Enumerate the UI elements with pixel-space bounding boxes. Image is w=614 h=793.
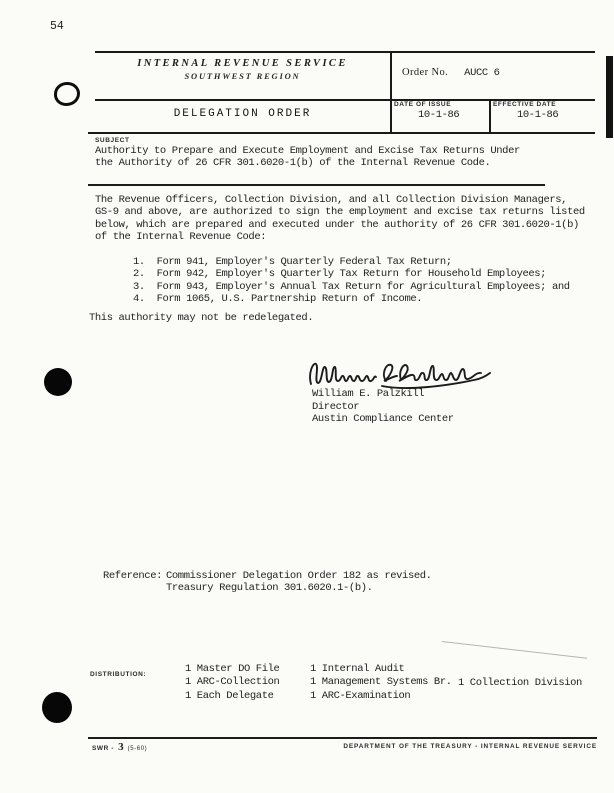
agency-name: INTERNAL REVENUE SERVICE — [95, 58, 390, 69]
date-of-issue-label: DATE OF ISSUE — [394, 101, 451, 108]
stray-pen-mark-artifact — [442, 641, 587, 659]
reference-line: Commissioner Delegation Order 182 as rev… — [166, 570, 432, 582]
body-paragraph: The Revenue Officers, Collection Divisio… — [95, 194, 585, 244]
form-revision: (5-60) — [128, 746, 148, 752]
forms-list: 1. Form 941, Employer's Quarterly Federa… — [133, 256, 570, 306]
footer-rule — [88, 737, 597, 739]
scan-edge-artifact — [606, 56, 613, 138]
table-border — [390, 51, 392, 134]
body-line: GS-9 and above, are authorized to sign t… — [95, 206, 585, 218]
signer-office: Austin Compliance Center — [312, 413, 454, 426]
form-identifier: SWR - 3 (5-60) — [92, 741, 147, 753]
signer-title: Director — [312, 401, 454, 414]
hole-punch-circle-artifact — [54, 82, 80, 106]
body-line: of the Internal Revenue Code: — [95, 231, 585, 243]
distribution-item: 1 Each Delegate — [185, 690, 279, 703]
subject-divider-rule — [88, 184, 545, 186]
signer-name: William E. Palzkill — [312, 388, 454, 401]
body-line: The Revenue Officers, Collection Divisio… — [95, 194, 585, 206]
distribution-item: 1 Master DO File — [185, 663, 279, 676]
order-number-row: Order No. AUCC 6 — [402, 67, 500, 79]
distribution-label: DISTRIBUTION: — [90, 671, 146, 678]
form-prefix: SWR - — [92, 745, 114, 752]
document-title: DELEGATION ORDER — [95, 108, 390, 120]
forms-list-item: 2. Form 942, Employer's Quarterly Tax Re… — [133, 268, 570, 280]
agency-region: SOUTHWEST REGION — [95, 71, 390, 81]
distribution-item: 1 Management Systems Br. — [310, 676, 452, 689]
distribution-col2: 1 Internal Audit 1 Management Systems Br… — [310, 663, 452, 703]
body-line: below, which are prepared and executed u… — [95, 219, 585, 231]
table-border — [95, 51, 595, 53]
distribution-item: 1 ARC-Collection — [185, 676, 279, 689]
reference-block: Commissioner Delegation Order 182 as rev… — [166, 570, 432, 595]
date-of-issue-value: 10-1-86 — [418, 109, 459, 121]
reference-label: Reference: — [103, 570, 162, 582]
hole-punch-dot-artifact — [44, 368, 72, 396]
table-border — [489, 99, 491, 134]
effective-date-value: 10-1-86 — [517, 109, 558, 121]
distribution-item: 1 ARC-Examination — [310, 690, 452, 703]
form-number: 3 — [118, 741, 124, 753]
forms-list-item: 4. Form 1065, U.S. Partnership Return of… — [133, 293, 570, 305]
table-border — [88, 132, 595, 134]
distribution-item: 1 Collection Division — [458, 677, 582, 689]
closing-statement: This authority may not be redelegated. — [89, 312, 313, 324]
forms-list-item: 1. Form 941, Employer's Quarterly Federa… — [133, 256, 570, 268]
distribution-col1: 1 Master DO File 1 ARC-Collection 1 Each… — [185, 663, 279, 703]
scanned-document-page: 54 INTERNAL REVENUE SERVICE SOUTHWEST RE… — [0, 0, 614, 793]
signature-block: William E. Palzkill Director Austin Comp… — [312, 388, 454, 426]
subject-label: SUBJECT — [95, 137, 130, 144]
subject-line: the Authority of 26 CFR 301.6020-1(b) of… — [95, 157, 490, 169]
hole-punch-dot-artifact — [42, 692, 72, 723]
reference-line: Treasury Regulation 301.6020.1-(b). — [166, 582, 432, 594]
forms-list-item: 3. Form 943, Employer's Annual Tax Retur… — [133, 281, 570, 293]
order-number-value: AUCC 6 — [464, 67, 499, 79]
effective-date-label: EFFECTIVE DATE — [493, 101, 556, 108]
page-number: 54 — [50, 20, 64, 33]
footer-agency-text: DEPARTMENT OF THE TREASURY - INTERNAL RE… — [200, 743, 597, 750]
distribution-item: 1 Internal Audit — [310, 663, 452, 676]
order-number-label: Order No. — [402, 67, 448, 78]
subject-line: Authority to Prepare and Execute Employm… — [95, 145, 520, 157]
